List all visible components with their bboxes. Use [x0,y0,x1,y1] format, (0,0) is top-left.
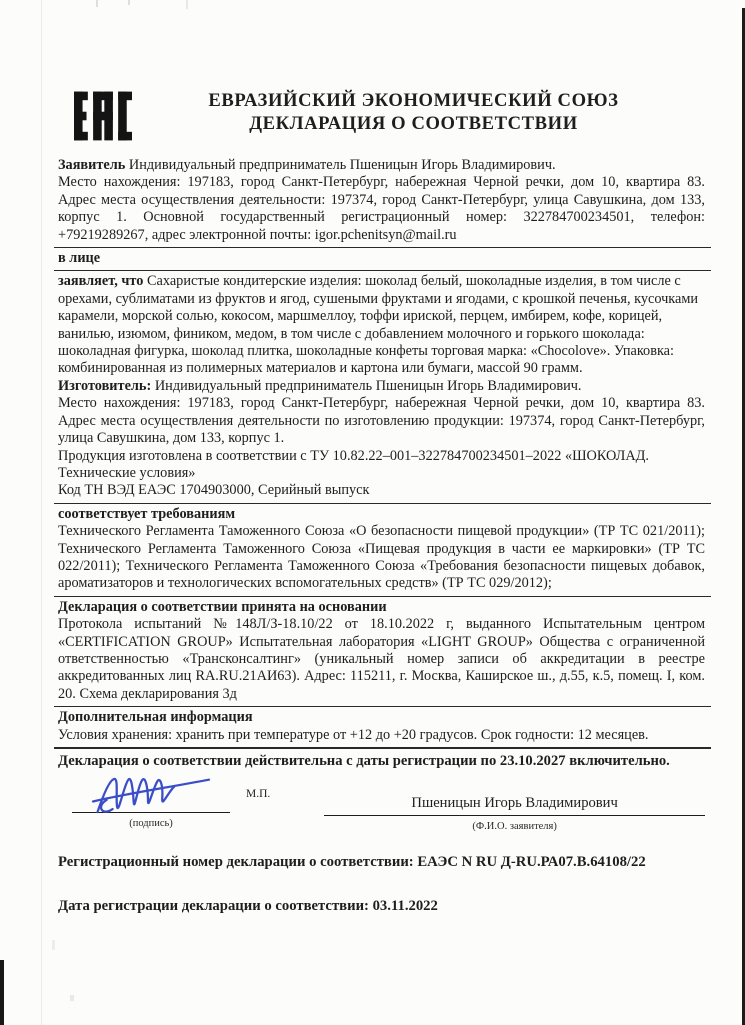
eac-logo-icon [74,82,132,150]
manufacturer-name-line: Изготовитель: Индивидуальный предпринима… [58,378,705,395]
additional-info-heading: Дополнительная информация [58,709,705,726]
manufacturer-details: Место нахождения: 197183, город Санкт-Пе… [58,395,705,447]
signature-column: (подпись) [72,776,230,835]
scan-artifact [41,0,42,1025]
compliance-body: Технического Регламента Таможенного Союз… [58,523,705,593]
scan-artifact [186,0,188,9]
applicant-details: Место нахождения: 197183, город Санкт-Пе… [58,174,705,244]
declares-label: заявляет, что [58,273,143,289]
document-content: ЕВРАЗИЙСКИЙ ЭКОНОМИЧЕСКИЙ СОЮЗ ДЕКЛАРАЦИ… [58,82,705,916]
applicant-label: Заявитель [58,157,125,173]
product-description-text: Сахаристые кондитерские изделия: шоколад… [58,273,698,376]
basis-section: Декларация о соответствии принята на осн… [58,597,705,706]
document-title: ДЕКЛАРАЦИЯ О СООТВЕТСТВИИ [132,112,695,135]
scan-artifact [0,960,4,1025]
manufacturer-label: Изготовитель: [58,378,151,394]
basis-heading: Декларация о соответствии принята на осн… [58,599,705,616]
signature-line [72,776,230,813]
applicant-name-line: Заявитель Индивидуальный предприниматель… [58,157,705,174]
compliance-heading: соответствует требованиям [58,506,705,523]
additional-info-section: Дополнительная информация Условия хранен… [58,707,705,747]
declaration-document-page: ЕВРАЗИЙСКИЙ ЭКОНОМИЧЕСКИЙ СОЮЗ ДЕКЛАРАЦИ… [0,0,745,1025]
applicant-section: Заявитель Индивидуальный предприниматель… [58,155,705,247]
registration-date-line: Дата регистрации декларации о соответств… [58,898,705,915]
tn-ved-code-line: Код ТН ВЭД ЕАЭС 1704903000, Серийный вып… [58,482,705,499]
full-name-caption: (Ф.И.О. заявителя) [324,816,705,835]
scan-artifact [52,940,55,950]
registration-number-line: Регистрационный номер декларации о соотв… [58,854,705,871]
compliance-section: соответствует требованиям Технического Р… [58,504,705,596]
title-block: ЕВРАЗИЙСКИЙ ЭКОНОМИЧЕСКИЙ СОЮЗ ДЕКЛАРАЦИ… [132,82,705,135]
union-title: ЕВРАЗИЙСКИЙ ЭКОНОМИЧЕСКИЙ СОЮЗ [132,89,695,112]
additional-info-body: Условия хранения: хранить при температур… [58,727,705,744]
product-section: заявляет, что Сахаристые кондитерские из… [58,271,705,502]
applicant-name: Индивидуальный предприниматель Пшеницын … [129,157,556,173]
signature-block: (подпись) М.П. Пшеницын Игорь Владимиров… [58,776,705,835]
manufacturer-name: Индивидуальный предприниматель Пшеницын … [155,378,582,394]
scan-artifact [70,995,74,1001]
scan-artifact [128,0,130,5]
scan-artifact [96,0,98,7]
basis-body: Протокола испытаний №148Л/З-18.10/22 от … [58,616,705,703]
in-person-label: в лице [58,250,100,266]
handwritten-signature [90,768,218,820]
stamp-place-label: М.П. [246,786,270,835]
product-description: заявляет, что Сахаристые кондитерские из… [58,273,705,377]
document-header: ЕВРАЗИЙСКИЙ ЭКОНОМИЧЕСКИЙ СОЮЗ ДЕКЛАРАЦИ… [58,82,705,150]
validity-statement: Декларация о соответствии действительна … [58,749,705,770]
applicant-name-column: Пшеницын Игорь Владимирович (Ф.И.О. заяв… [324,776,705,835]
in-person-section: в лице [58,248,705,270]
applicant-full-name: Пшеницын Игорь Владимирович [324,776,705,816]
product-specification: Продукция изготовлена в соответствии с Т… [58,448,705,483]
